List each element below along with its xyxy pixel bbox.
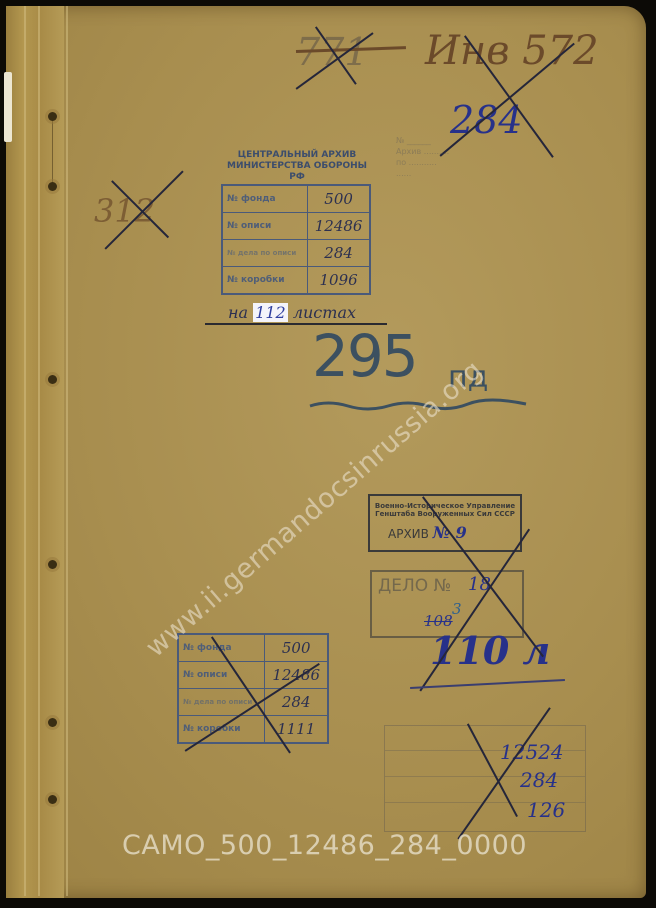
stitch-hole-icon — [48, 718, 57, 727]
faded-register-stamp: 12524 284 126 — [384, 725, 586, 832]
register-value: 12524 — [500, 740, 564, 764]
register-row: № коробки1096 — [222, 267, 370, 295]
stitch-hole-icon — [48, 182, 57, 191]
faded-stamp-line: № ______ — [396, 135, 449, 146]
old-register-stamp: № фонда500 № описи12486 № дела по описи2… — [177, 633, 329, 744]
row-value: 12486 — [265, 662, 328, 689]
central-archive-register: № фонда500 № описи12486 № дела по описи2… — [221, 184, 371, 295]
blue-number-284: 284 — [450, 98, 523, 142]
row-value: 12486 — [308, 213, 370, 240]
file-id: CAMO_500_12486_284_0000 — [122, 830, 527, 861]
stamp-line: Генштаба Вооруженных Сил СССР — [370, 510, 520, 518]
case-title: ДЕЛО № — [378, 576, 451, 596]
spine-crease — [66, 6, 68, 896]
register-row: № описи12486 — [178, 662, 328, 689]
register-row: № дела по описи284 — [178, 689, 328, 716]
unit-number: 295 — [312, 322, 417, 390]
central-archive-header: ЦЕНТРАЛЬНЫЙ АРХИВ МИНИСТЕРСТВА ОБОРОНЫ Р… — [222, 150, 372, 183]
stitch-hole-icon — [48, 375, 57, 384]
stitch-hole-icon — [48, 795, 57, 804]
folder-spine — [6, 6, 64, 898]
row-label: № дела по описи — [222, 240, 308, 267]
row-label: № фонда — [222, 185, 308, 213]
row-value: 284 — [308, 240, 370, 267]
inventory-code: Инв 572 — [425, 28, 599, 74]
header-line: МИНИСТЕРСТВА ОБОРОНЫ РФ — [222, 161, 372, 183]
stitch-hole-icon — [48, 560, 57, 569]
row-label: № описи — [178, 662, 265, 689]
register-row: № описи12486 — [222, 213, 370, 240]
sheets-count: 112 — [253, 303, 288, 322]
binding-tab — [4, 72, 12, 142]
row-label: № коробки — [178, 716, 265, 744]
binding-thread — [52, 118, 53, 188]
row-label: № коробки — [222, 267, 308, 295]
stamp-line: Военно-Историческое Управление — [370, 502, 520, 510]
register-row: № фонда500 — [178, 634, 328, 662]
row-value: 500 — [308, 185, 370, 213]
faded-stamp-line: Архив .......... — [396, 146, 449, 157]
correction-value: 3 — [452, 600, 462, 618]
row-label: № дела по описи — [178, 689, 265, 716]
general-staff-stamp: Военно-Историческое Управление Генштаба … — [368, 494, 522, 552]
register-value: 284 — [520, 768, 558, 792]
register-value: 126 — [527, 798, 565, 822]
header-line: ЦЕНТРАЛЬНЫЙ АРХИВ — [222, 150, 372, 161]
crossed-number-312: 312 — [94, 192, 155, 230]
row-label: № описи — [222, 213, 308, 240]
row-value: 500 — [265, 634, 328, 662]
row-label: № фонда — [178, 634, 265, 662]
faded-stamp-line: ...... — [396, 168, 449, 179]
sheets-count-line: на 112 листах — [228, 303, 356, 322]
register-row: № фонда500 — [222, 185, 370, 213]
row-value: 1096 — [308, 267, 370, 295]
spine-crease — [38, 6, 40, 896]
stitch-hole-icon — [48, 112, 57, 121]
archive-label: АРХИВ — [388, 527, 429, 541]
faded-stamp-line: по ........... — [396, 157, 449, 168]
register-row: № дела по описи284 — [222, 240, 370, 267]
spine-crease — [24, 6, 26, 896]
sheets-prefix: на — [228, 303, 248, 322]
sheets-suffix: листах — [293, 303, 356, 322]
